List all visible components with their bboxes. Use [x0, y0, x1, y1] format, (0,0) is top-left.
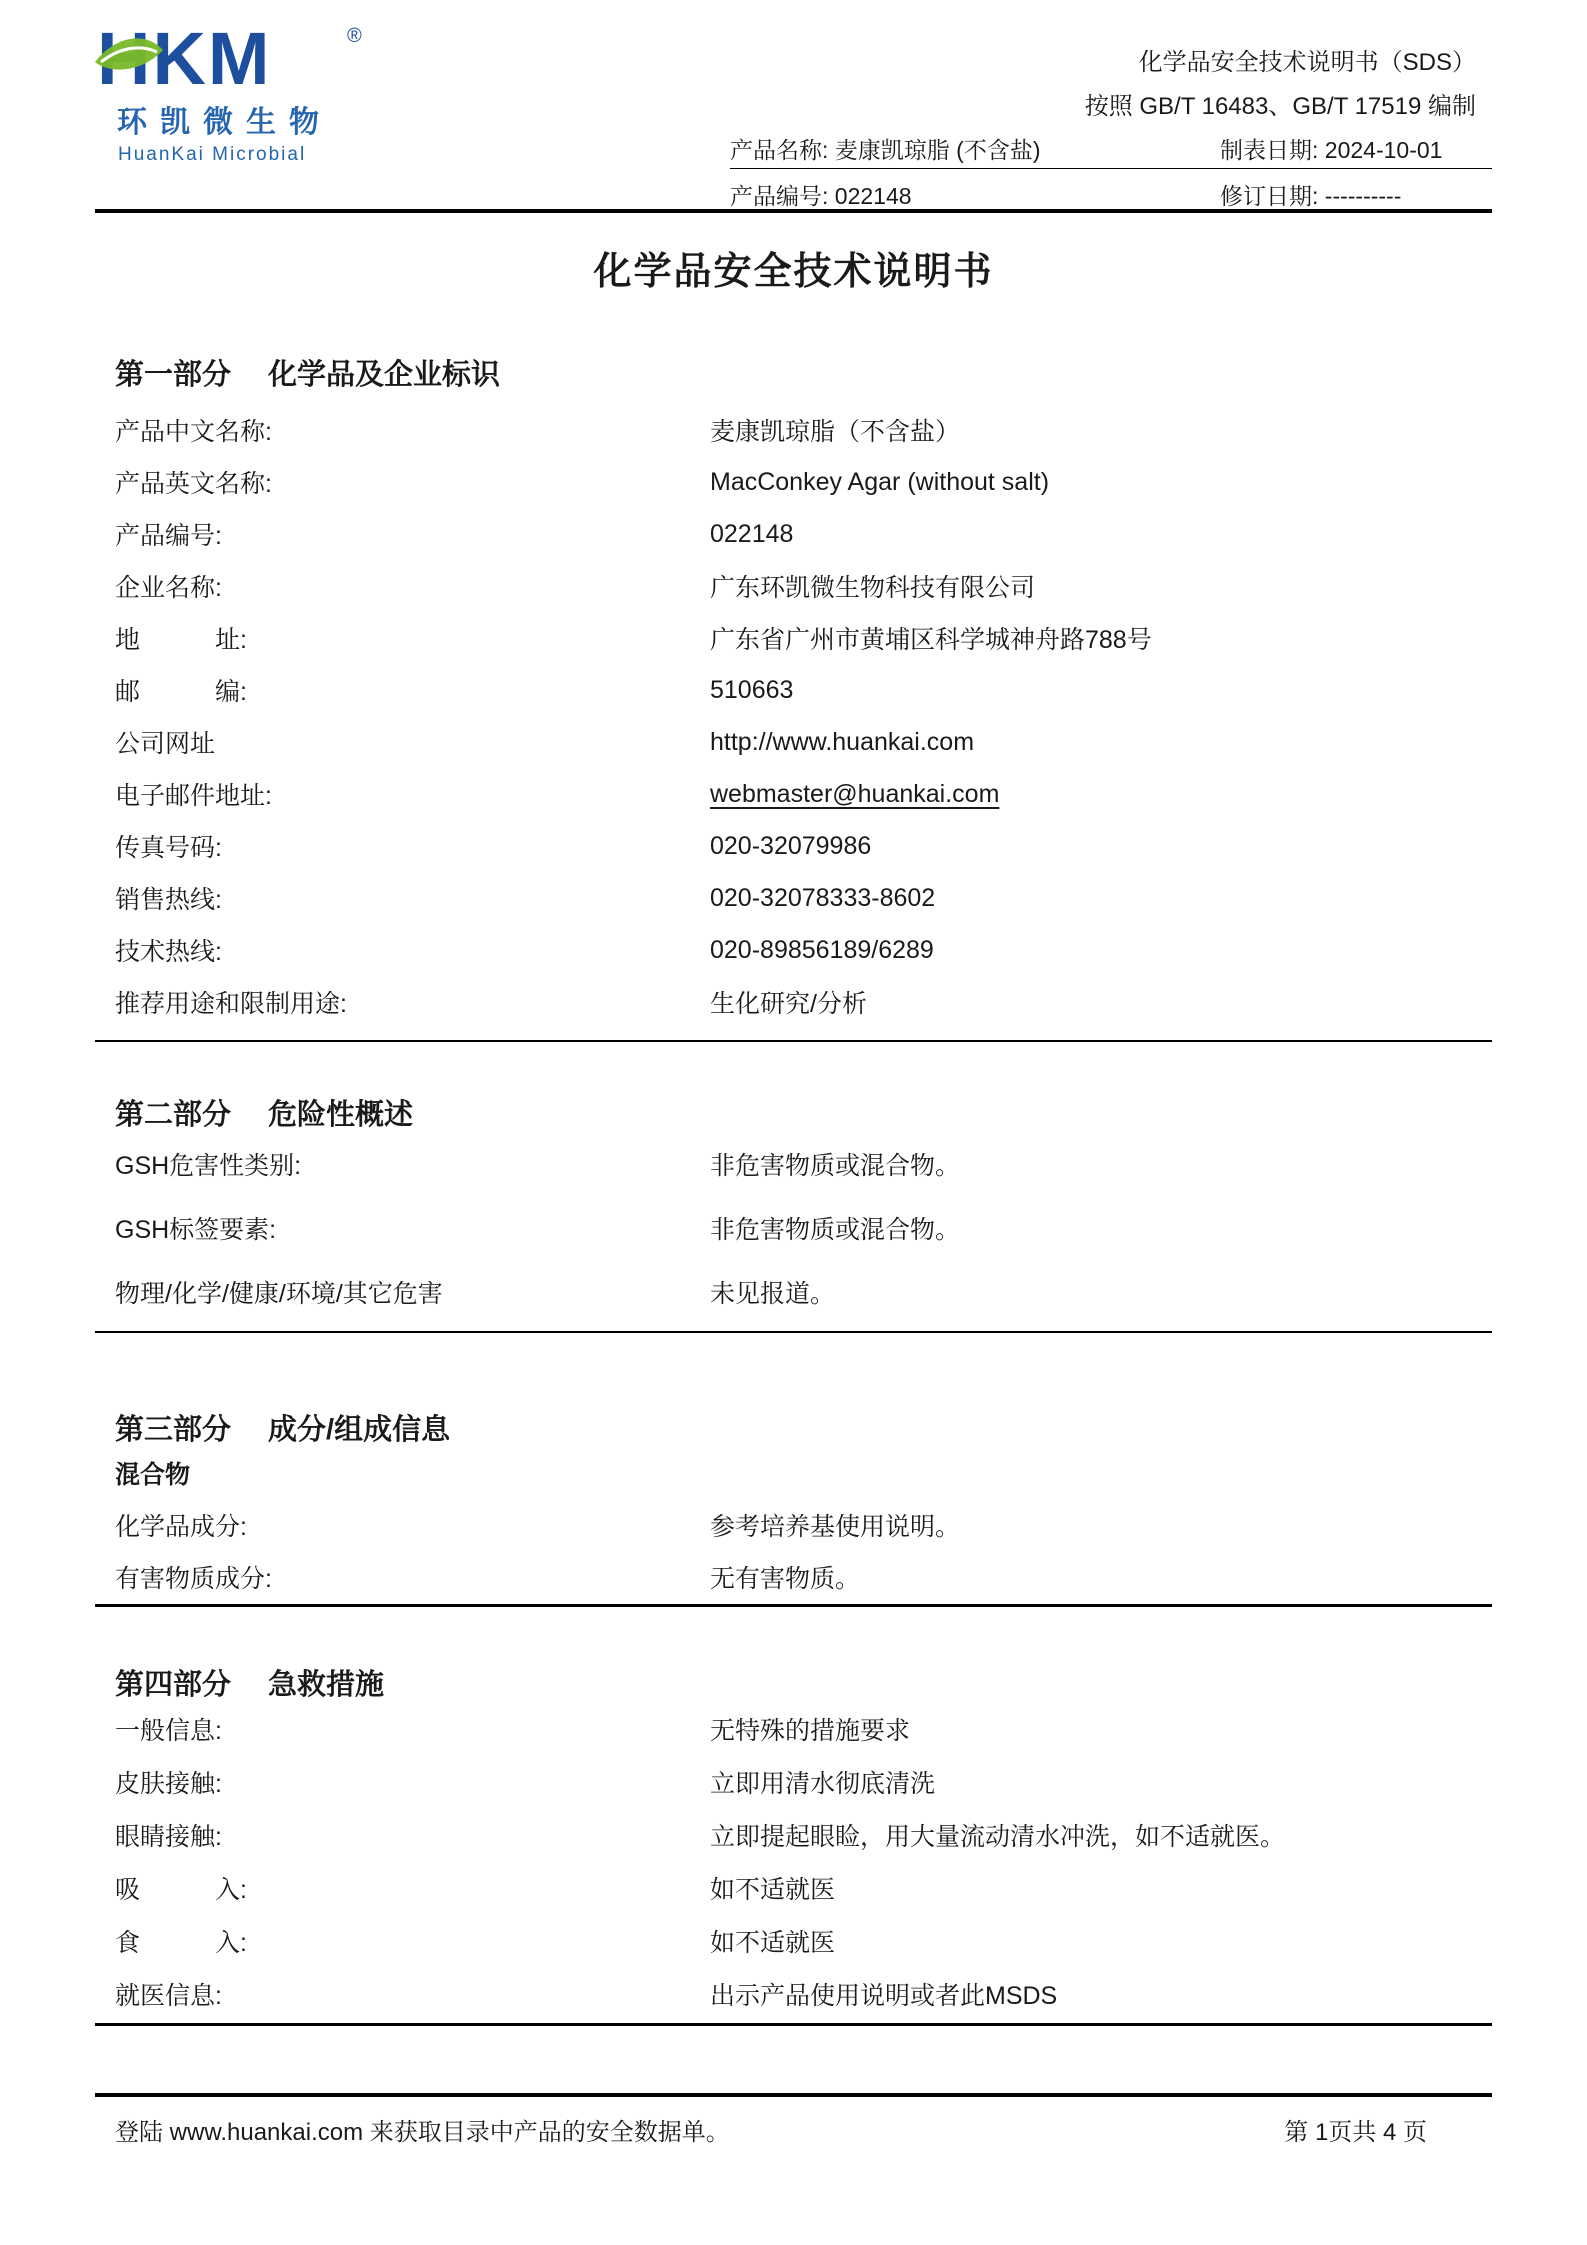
- field-value: 立即用清水彻底清洗: [710, 1764, 1492, 1800]
- row-general-info: 一般信息: 无特殊的措施要求: [95, 1702, 1492, 1755]
- field-label: 眼睛接触:: [115, 1817, 710, 1853]
- footer-rule: [95, 2093, 1492, 2097]
- field-value: 无特殊的措施要求: [710, 1711, 1492, 1747]
- section-heading: 第四部分 急救措施: [95, 1668, 1492, 1702]
- logo-chinese-name: 环凯微生物: [95, 97, 395, 141]
- field-value: 510663: [710, 676, 1492, 705]
- field-value: 无有害物质。: [710, 1559, 1492, 1595]
- field-value: 020-89856189/6289: [710, 936, 1492, 965]
- field-value: 广东省广州市黄埔区科学城神舟路788号: [710, 620, 1492, 656]
- row-gsh-hazard-class: GSH危害性类别: 非危害物质或混合物。: [95, 1132, 1492, 1196]
- row-company-name: 企业名称: 广东环凯微生物科技有限公司: [95, 560, 1492, 612]
- section-divider: [95, 2023, 1492, 2026]
- row-product-cn-name: 产品中文名称: 麦康凯琼脂（不含盐）: [95, 404, 1492, 456]
- field-label: 产品编号:: [115, 516, 710, 552]
- header-thin-divider: [730, 168, 1492, 169]
- company-logo: HKM ® 环凯微生物 HuanKai Microbial: [95, 22, 395, 166]
- field-value: 出示产品使用说明或者此MSDS: [710, 1976, 1492, 2012]
- sds-document-page: HKM ® 环凯微生物 HuanKai Microbial 化学品安全技术说明书…: [0, 0, 1587, 2245]
- row-email: 电子邮件地址: webmaster@huankai.com: [95, 768, 1492, 820]
- section-first-aid: 第四部分 急救措施 一般信息: 无特殊的措施要求 皮肤接触: 立即用清水彻底清洗…: [95, 1668, 1492, 2020]
- email-link[interactable]: webmaster@huankai.com: [710, 780, 1492, 809]
- field-label: 电子邮件地址:: [115, 776, 710, 812]
- field-value: 参考培养基使用说明。: [710, 1507, 1492, 1543]
- hkm-wordmark-graphic: HKM ®: [95, 22, 375, 92]
- field-label: 销售热线:: [115, 880, 710, 916]
- header-info-block: 化学品安全技术说明书（SDS） 按照 GB/T 16483、GB/T 17519…: [730, 20, 1492, 212]
- row-other-hazards: 物理/化学/健康/环境/其它危害 未见报道。: [95, 1260, 1492, 1324]
- section-heading: 第一部分 化学品及企业标识: [95, 358, 1492, 392]
- standards-label: 按照 GB/T 16483、GB/T 17519 编制: [1085, 86, 1476, 121]
- field-label: GSH标签要素:: [115, 1210, 710, 1246]
- row-eye-contact: 眼睛接触: 立即提起眼睑，用大量流动清水冲洗，如不适就医。: [95, 1808, 1492, 1861]
- field-value: MacConkey Agar (without salt): [710, 468, 1492, 497]
- field-label: 吸 入:: [115, 1870, 710, 1906]
- field-label: 推荐用途和限制用途:: [115, 984, 710, 1020]
- website-url: http://www.huankai.com: [710, 728, 1492, 757]
- row-sales-hotline: 销售热线: 020-32078333-8602: [95, 872, 1492, 924]
- row-medical-info: 就医信息: 出示产品使用说明或者此MSDS: [95, 1967, 1492, 2020]
- section-heading: 第二部分 危险性概述: [95, 1098, 1492, 1132]
- header-created-date: 制表日期: 2024-10-01: [1220, 132, 1442, 165]
- field-value: 020-32078333-8602: [710, 884, 1492, 913]
- section-rows: 化学品成分: 参考培养基使用说明。 有害物质成分: 无有害物质。: [95, 1499, 1492, 1603]
- field-label: 化学品成分:: [115, 1507, 710, 1543]
- row-chemical-composition: 化学品成分: 参考培养基使用说明。: [95, 1499, 1492, 1551]
- row-address: 地 址: 广东省广州市黄埔区科学城神舟路788号: [95, 612, 1492, 664]
- row-product-code: 产品编号: 022148: [95, 508, 1492, 560]
- field-label: 公司网址: [115, 724, 710, 760]
- field-label: 产品英文名称:: [115, 464, 710, 500]
- field-label: 有害物质成分:: [115, 1559, 710, 1595]
- field-value: 生化研究/分析: [710, 984, 1492, 1020]
- section-divider: [95, 1331, 1492, 1333]
- header-product-code: 产品编号: 022148: [730, 178, 912, 211]
- header-product-name: 产品名称: 麦康凯琼脂 (不含盐): [730, 132, 1041, 165]
- row-hazardous-components: 有害物质成分: 无有害物质。: [95, 1551, 1492, 1603]
- field-label: GSH危害性类别:: [115, 1146, 710, 1182]
- row-tech-hotline: 技术热线: 020-89856189/6289: [95, 924, 1492, 976]
- section-divider: [95, 1040, 1492, 1042]
- row-website: 公司网址 http://www.huankai.com: [95, 716, 1492, 768]
- field-value: 如不适就医: [710, 1923, 1492, 1959]
- field-label: 一般信息:: [115, 1711, 710, 1747]
- field-label: 皮肤接触:: [115, 1764, 710, 1800]
- row-product-en-name: 产品英文名称: MacConkey Agar (without salt): [95, 456, 1492, 508]
- field-value: 020-32079986: [710, 832, 1492, 861]
- page-number: 第 1页共 4 页: [1284, 2112, 1427, 2147]
- mixture-subheading: 混合物: [95, 1447, 1492, 1499]
- field-label: 食 入:: [115, 1923, 710, 1959]
- header-rule: [95, 209, 1492, 213]
- field-value: 非危害物质或混合物。: [710, 1210, 1492, 1246]
- field-label: 地 址:: [115, 620, 710, 656]
- field-label: 产品中文名称:: [115, 412, 710, 448]
- field-value: 未见报道。: [710, 1274, 1492, 1310]
- doc-type-label: 化学品安全技术说明书（SDS）: [1139, 42, 1476, 77]
- row-skin-contact: 皮肤接触: 立即用清水彻底清洗: [95, 1755, 1492, 1808]
- field-label: 就医信息:: [115, 1976, 710, 2012]
- section-rows: 一般信息: 无特殊的措施要求 皮肤接触: 立即用清水彻底清洗 眼睛接触: 立即提…: [95, 1702, 1492, 2020]
- row-inhalation: 吸 入: 如不适就医: [95, 1861, 1492, 1914]
- row-postcode: 邮 编: 510663: [95, 664, 1492, 716]
- field-value: 广东环凯微生物科技有限公司: [710, 568, 1492, 604]
- section-heading: 第三部分 成分/组成信息: [95, 1413, 1492, 1447]
- row-recommended-use: 推荐用途和限制用途: 生化研究/分析: [95, 976, 1492, 1028]
- footer-note: 登陆 www.huankai.com 来获取目录中产品的安全数据单。: [115, 2112, 730, 2147]
- section-composition: 第三部分 成分/组成信息 混合物 化学品成分: 参考培养基使用说明。 有害物质成…: [95, 1413, 1492, 1603]
- section-rows: 产品中文名称: 麦康凯琼脂（不含盐） 产品英文名称: MacConkey Aga…: [95, 404, 1492, 1028]
- section-rows: GSH危害性类别: 非危害物质或混合物。 GSH标签要素: 非危害物质或混合物。…: [95, 1132, 1492, 1324]
- section-identification: 第一部分 化学品及企业标识 产品中文名称: 麦康凯琼脂（不含盐） 产品英文名称:…: [95, 358, 1492, 1028]
- field-label: 传真号码:: [115, 828, 710, 864]
- field-label: 企业名称:: [115, 568, 710, 604]
- row-fax: 传真号码: 020-32079986: [95, 820, 1492, 872]
- row-gsh-label-elements: GSH标签要素: 非危害物质或混合物。: [95, 1196, 1492, 1260]
- field-value: 非危害物质或混合物。: [710, 1146, 1492, 1182]
- field-value: 如不适就医: [710, 1870, 1492, 1906]
- section-hazard-overview: 第二部分 危险性概述 GSH危害性类别: 非危害物质或混合物。 GSH标签要素:…: [95, 1098, 1492, 1324]
- document-title: 化学品安全技术说明书: [0, 240, 1587, 295]
- field-value: 022148: [710, 520, 1492, 549]
- section-divider: [95, 1604, 1492, 1607]
- field-label: 邮 编:: [115, 672, 710, 708]
- row-ingestion: 食 入: 如不适就医: [95, 1914, 1492, 1967]
- logo-english-name: HuanKai Microbial: [95, 144, 395, 166]
- field-label: 技术热线:: [115, 932, 710, 968]
- header-revision-date: 修订日期: ----------: [1220, 178, 1401, 211]
- registered-trademark-icon: ®: [347, 25, 362, 47]
- field-value: 立即提起眼睑，用大量流动清水冲洗，如不适就医。: [710, 1817, 1492, 1853]
- field-value: 麦康凯琼脂（不含盐）: [710, 412, 1492, 448]
- field-label: 物理/化学/健康/环境/其它危害: [115, 1274, 710, 1310]
